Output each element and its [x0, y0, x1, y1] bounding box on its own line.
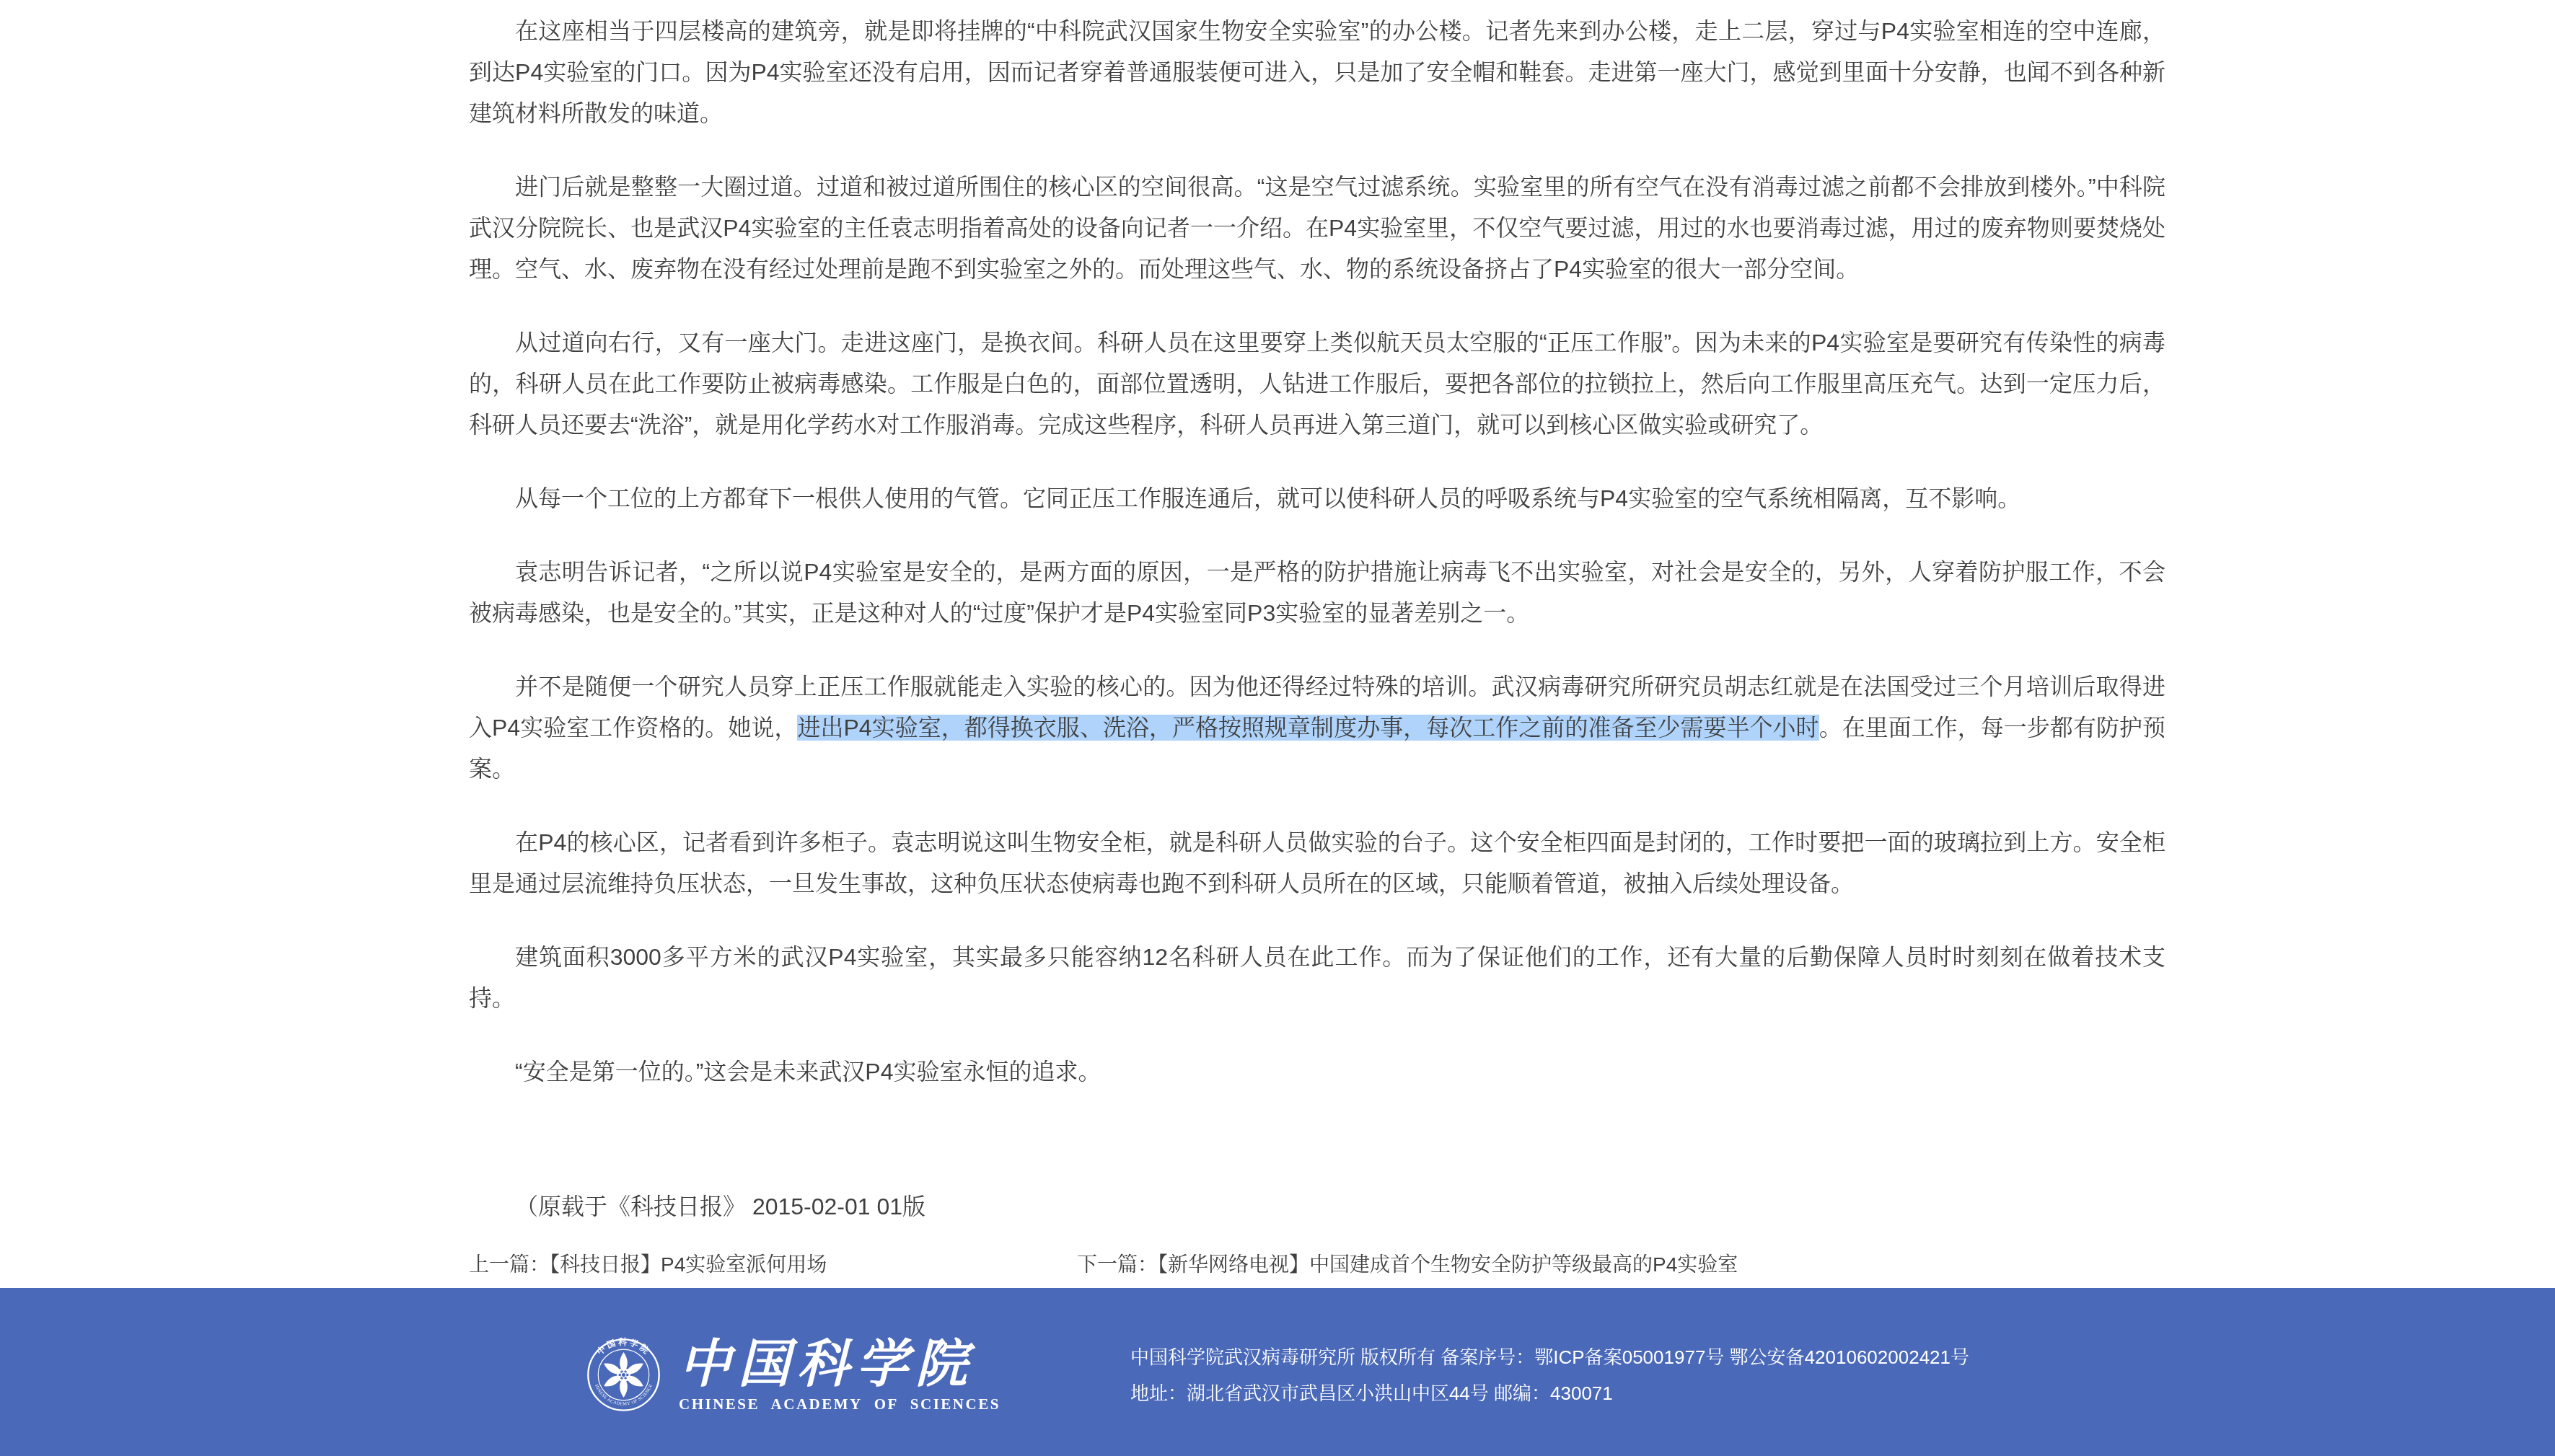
footer-info: 中国科学院武汉病毒研究所 版权所有 备案序号：鄂ICP备案05001977号 鄂… — [1130, 1339, 1969, 1411]
article-paragraph: 从过道向右行，又有一座大门。走进这座门，是换衣间。科研人员在这里要穿上类似航天员… — [469, 322, 2165, 446]
article-paragraph: 建筑面积3000多平方米的武汉P4实验室，其实最多只能容纳12名科研人员在此工作… — [469, 937, 2165, 1019]
next-label: 下一篇： — [1077, 1253, 1158, 1276]
prev-title[interactable]: 【科技日报】P4实验室派何用场 — [550, 1253, 827, 1276]
copyright-line: 中国科学院武汉病毒研究所 版权所有 备案序号：鄂ICP备案05001977号 鄂… — [1130, 1339, 1969, 1375]
next-article-link[interactable]: 下一篇：【新华网络电视】中国建成首个生物安全防护等级最高的P4实验室 — [1077, 1250, 2555, 1279]
article-paragraph: 袁志明告诉记者，“之所以说P4实验室是安全的，是两方面的原因，一是严格的防护措施… — [469, 552, 2165, 634]
address-line: 地址：湖北省武汉市武昌区小洪山中区44号 邮编：430071 — [1130, 1375, 1969, 1411]
source-note: （原载于《科技日报》 2015-02-01 01版 — [469, 1186, 2555, 1227]
cas-flower-icon — [602, 1352, 646, 1398]
article-paragraph: 在这座相当于四层楼高的建筑旁，就是即将挂牌的“中科院武汉国家生物安全实验室”的办… — [469, 11, 2165, 134]
article-paragraph: 在P4的核心区，记者看到许多柜子。袁志明说这叫生物安全柜，就是科研人员做实验的台… — [469, 822, 2165, 904]
article-paragraph: 进门后就是整整一大圈过道。过道和被过道所围住的核心区的空间很高。“这是空气过滤系… — [469, 167, 2165, 290]
page-footer: 中国科学院 CHINESE ACADEMY OF SCIENCES — [0, 1288, 2555, 1456]
pagination: 上一篇：【科技日报】P4实验室派何用场 下一篇：【新华网络电视】中国建成首个生物… — [469, 1250, 2555, 1279]
cas-logo: 中国科学院 CHINESE ACADEMY OF SCIENCES — [586, 1336, 1001, 1413]
article-content: 在这座相当于四层楼高的建筑旁，就是即将挂牌的“中科院武汉国家生物安全实验室”的办… — [0, 0, 2555, 1279]
article-paragraph: “安全是第一位的。”这会是未来武汉P4实验室永恒的追求。 — [469, 1051, 2165, 1093]
article-body: 在这座相当于四层楼高的建筑旁，就是即将挂牌的“中科院武汉国家生物安全实验室”的办… — [469, 0, 2165, 1093]
next-title[interactable]: 【新华网络电视】中国建成首个生物安全防护等级最高的P4实验室 — [1158, 1253, 1738, 1276]
cas-emblem-icon: 中国科学院 CHINESE ACADEMY OF SCIENCES — [586, 1337, 661, 1413]
article-paragraph: 并不是随便一个研究人员穿上正压工作服就能走入实验的核心的。因为他还得经过特殊的培… — [469, 666, 2165, 790]
cas-name-cn: 中国科学院 — [679, 1336, 1001, 1391]
prev-article-link[interactable]: 上一篇：【科技日报】P4实验室派何用场 — [469, 1250, 1077, 1279]
text-selection: 进出P4实验室，都得换衣服、洗浴，严格按照规章制度办事，每次工作之前的准备至少需… — [797, 715, 1819, 741]
prev-label: 上一篇： — [469, 1253, 550, 1276]
cas-name-en: CHINESE ACADEMY OF SCIENCES — [679, 1395, 1001, 1413]
article-paragraph: 从每一个工位的上方都耷下一根供人使用的气管。它同正压工作服连通后，就可以使科研人… — [469, 478, 2165, 519]
